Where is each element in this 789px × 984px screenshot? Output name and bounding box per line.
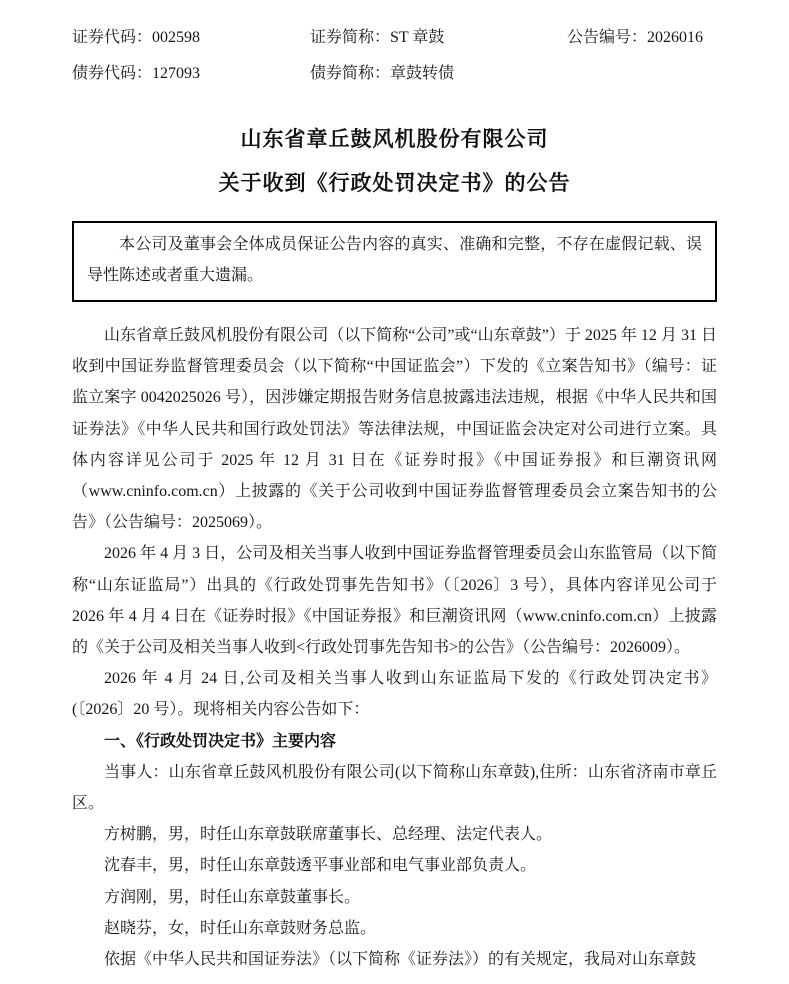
section-1-heading: 一、《行政处罚决定书》主要内容 xyxy=(72,726,717,757)
header-row-bond: 债券代码：127093 债券简称：章鼓转债 xyxy=(72,56,717,92)
securities-code-header: 证券代码：002598 证券简称：ST 章鼓 公告编号：2026016 债券代码… xyxy=(72,20,717,92)
announcement-body: 山东省章丘鼓风机股份有限公司（以下简称“公司”或“山东章鼓”）于 2025 年 … xyxy=(72,320,717,975)
bond-short-name: 债券简称：章鼓转债 xyxy=(310,56,567,92)
party-person-line: 方润刚，男，时任山东章鼓董事长。 xyxy=(72,882,717,913)
header-row-stock: 证券代码：002598 证券简称：ST 章鼓 公告编号：2026016 xyxy=(72,20,717,56)
party-person-line: 赵晓芬，女，时任山东章鼓财务总监。 xyxy=(72,913,717,944)
body-paragraph: 2026 年 4 月 24 日,公司及相关当事人收到山东证监局下发的《行政处罚决… xyxy=(72,663,717,725)
party-company-line: 当事人：山东省章丘鼓风机股份有限公司(以下简称山东章鼓),住所：山东省济南市章丘… xyxy=(72,757,717,819)
stock-short-name: 证券简称：ST 章鼓 xyxy=(310,20,567,56)
title-subject: 关于收到《行政处罚决定书》的公告 xyxy=(72,162,717,206)
bond-code: 债券代码：127093 xyxy=(72,56,310,92)
title-company-name: 山东省章丘鼓风机股份有限公司 xyxy=(72,118,717,162)
header-empty-cell xyxy=(567,56,717,92)
party-person-line: 方树鹏，男，时任山东章鼓联席董事长、总经理、法定代表人。 xyxy=(72,819,717,850)
announcement-page: 证券代码：002598 证券简称：ST 章鼓 公告编号：2026016 债券代码… xyxy=(0,0,789,984)
announcement-number: 公告编号：2026016 xyxy=(567,20,717,56)
document-title: 山东省章丘鼓风机股份有限公司 关于收到《行政处罚决定书》的公告 xyxy=(72,118,717,206)
disclaimer-box: 本公司及董事会全体成员保证公告内容的真实、准确和完整，不存在虚假记载、误导性陈述… xyxy=(72,221,717,302)
party-person-line: 沈春丰，男，时任山东章鼓透平事业部和电气事业部负责人。 xyxy=(72,850,717,881)
body-paragraph: 依据《中华人民共和国证券法》（以下简称《证券法》）的有关规定，我局对山东章鼓 xyxy=(72,944,717,975)
body-paragraph: 山东省章丘鼓风机股份有限公司（以下简称“公司”或“山东章鼓”）于 2025 年 … xyxy=(72,320,717,538)
stock-code: 证券代码：002598 xyxy=(72,20,310,56)
body-paragraph: 2026 年 4 月 3 日，公司及相关当事人收到中国证券监督管理委员会山东监管… xyxy=(72,538,717,663)
disclaimer-text: 本公司及董事会全体成员保证公告内容的真实、准确和完整，不存在虚假记载、误导性陈述… xyxy=(87,229,702,291)
